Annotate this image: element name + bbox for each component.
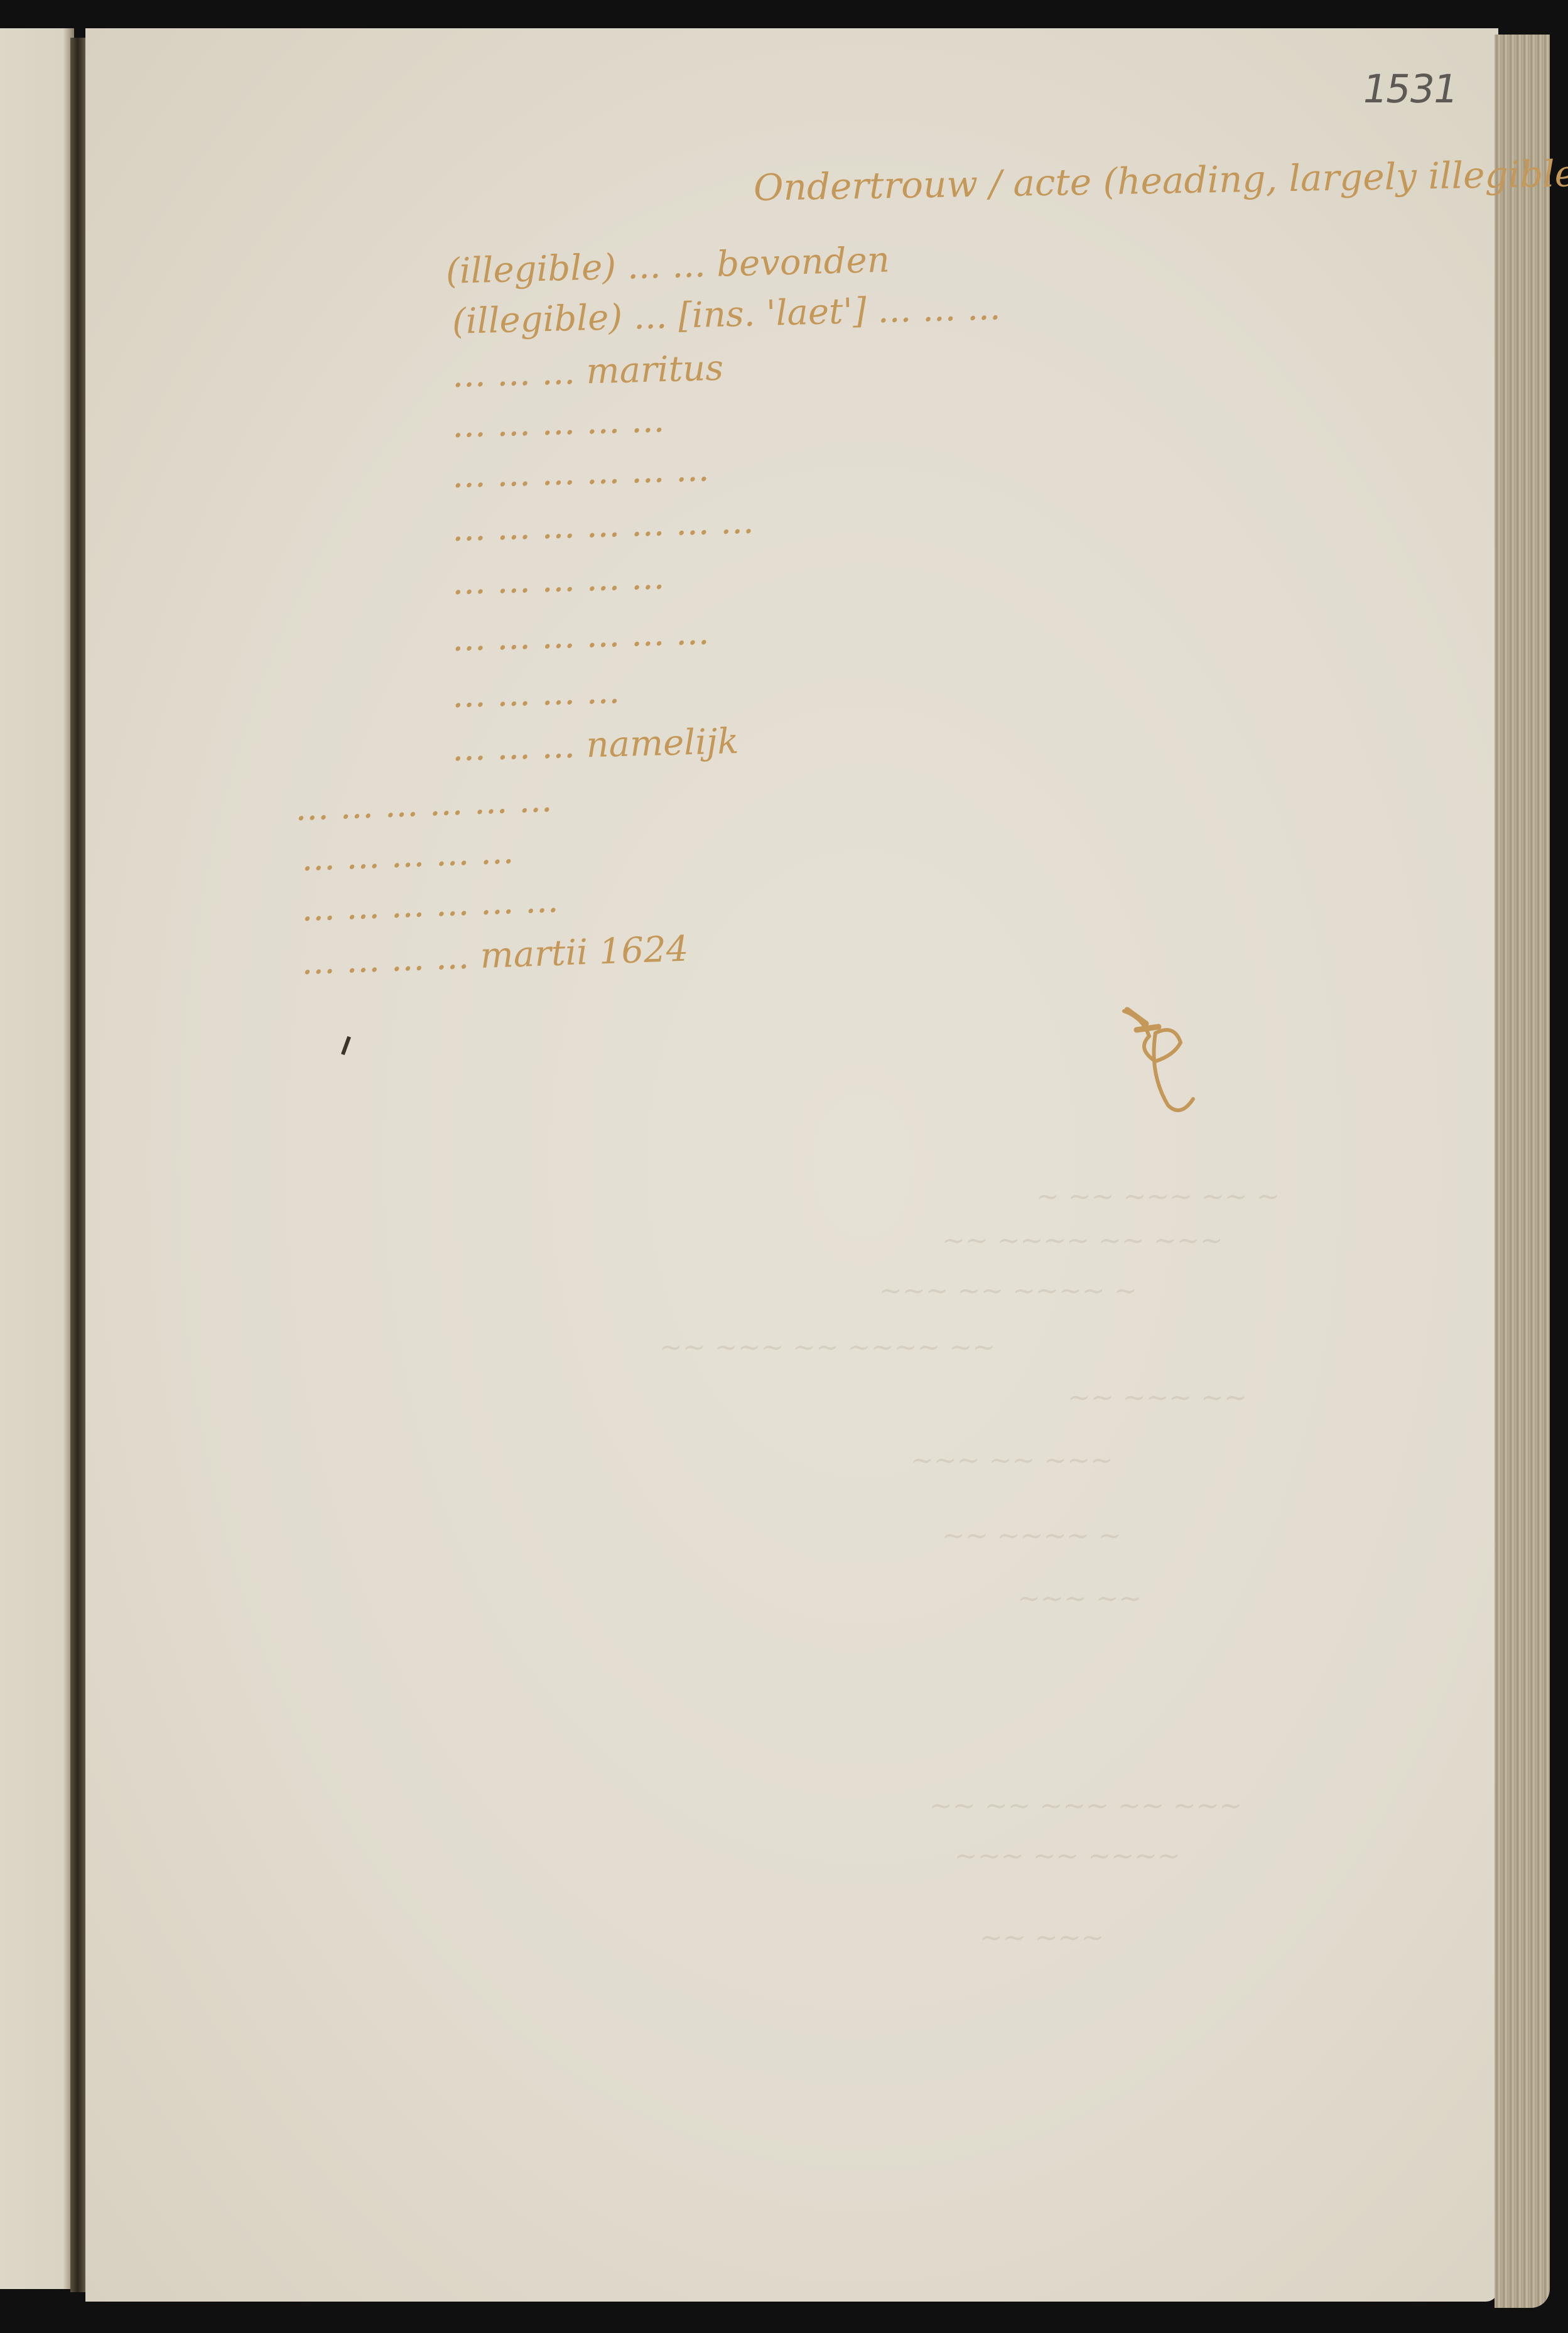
text-line: ... ... ... ... ... ... (451, 448, 710, 496)
text-line: ... ... ... ... ... (451, 556, 665, 603)
text-line: ... ... ... ... ... (451, 399, 665, 446)
text-line: ... ... ... maritus (451, 348, 724, 396)
left-page (0, 28, 74, 2289)
text-line: ... ... ... namelijk (451, 721, 739, 769)
page-edge-stack (1495, 35, 1550, 2308)
paraph-signature-icon (1111, 999, 1212, 1124)
text-line: ... ... ... ... ... ... ... (451, 501, 754, 549)
text-line: ... ... ... ... ... (301, 831, 514, 879)
book-gutter (70, 38, 87, 2292)
text-line: ... ... ... ... ... ... (451, 612, 710, 659)
right-page (85, 28, 1498, 2302)
text-line: ... ... ... ... (451, 671, 620, 716)
folio-number: 1531 (1359, 66, 1461, 112)
